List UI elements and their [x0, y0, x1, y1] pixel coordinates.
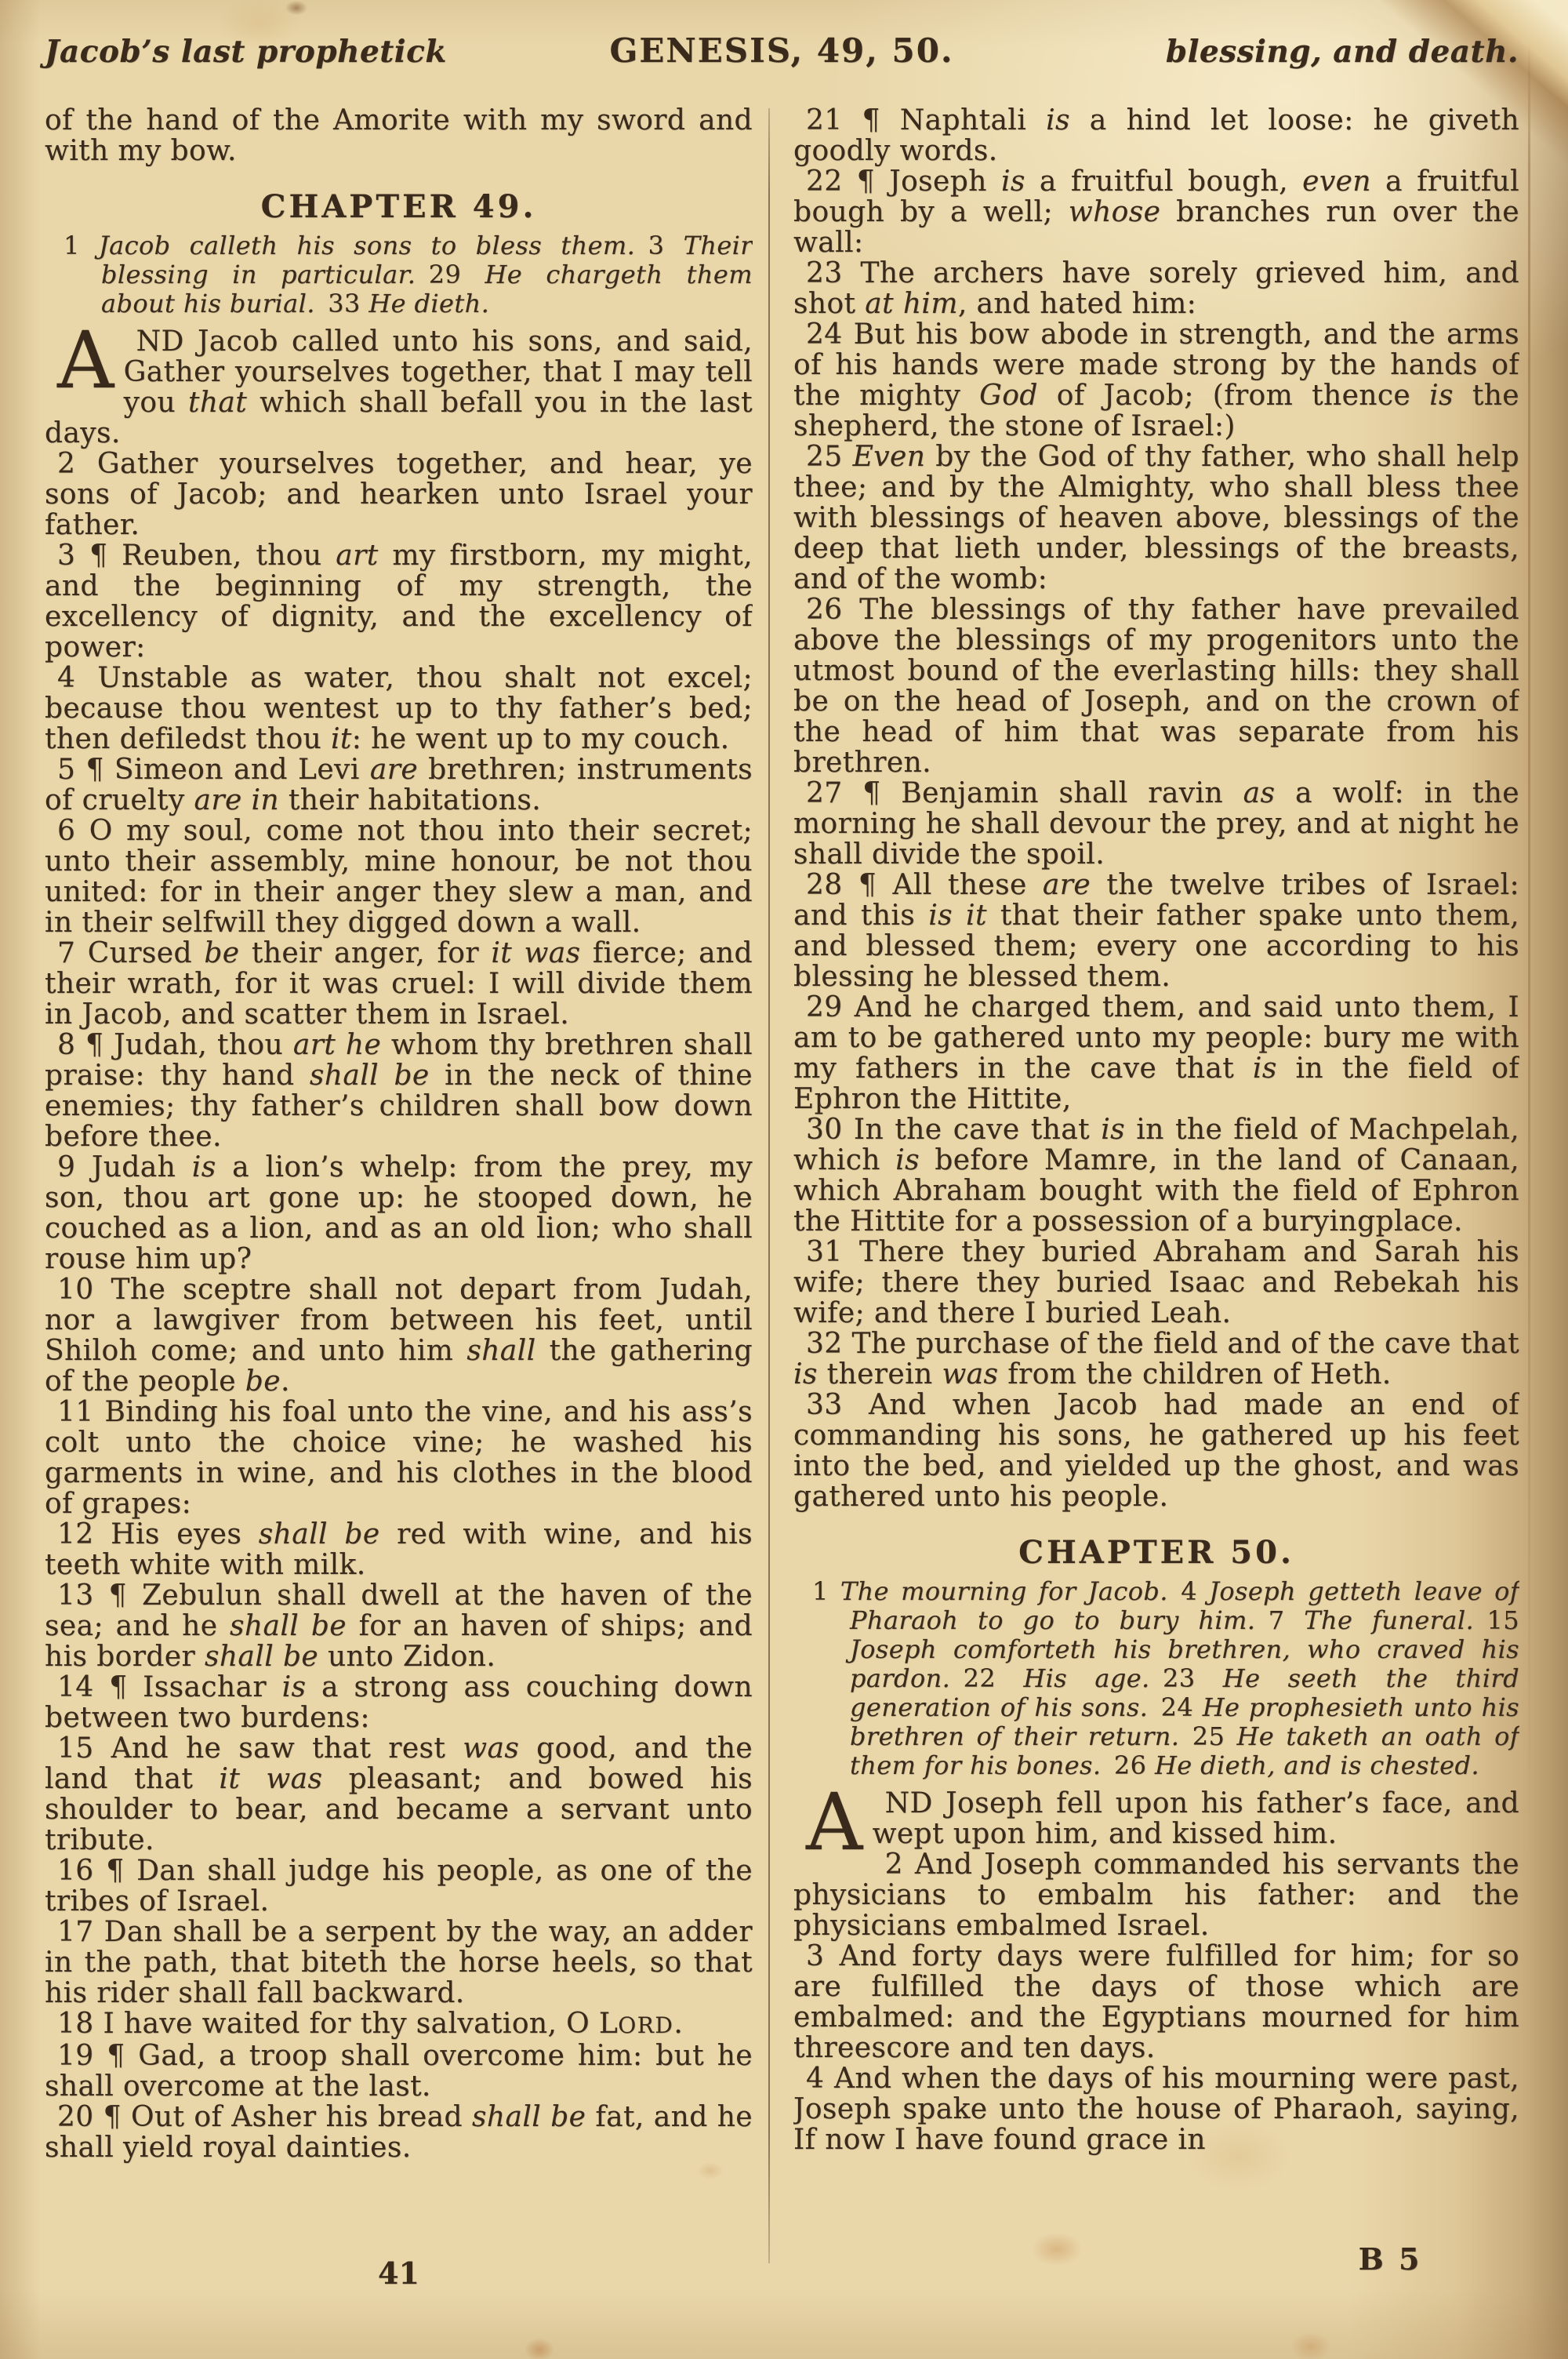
verse-number: 5: [57, 754, 75, 786]
verse-number: 18: [57, 2008, 94, 2040]
verse-49-20: 20 ¶ Out of Asher his bread shall be fat…: [45, 2102, 753, 2163]
verse-number: 2: [57, 448, 75, 480]
verse-49-4: 4 Unstable as water, thou shalt not exce…: [45, 663, 753, 754]
verse-49-32: 32 The purchase of the field and of the …: [793, 1329, 1519, 1390]
verse-49-24: 24 But his bow abode in strength, and th…: [793, 319, 1519, 442]
verse-number: 10: [57, 1274, 94, 1306]
verse-number: 3: [806, 1940, 824, 1972]
bible-page: Jacob’s last prophetick GENESIS, 49, 50.…: [0, 0, 1568, 2359]
pilcrow-mark: ¶: [106, 1855, 124, 1887]
verse-49-30: 30 In the cave that is in the field of M…: [793, 1114, 1519, 1237]
verse-number: 28: [806, 869, 843, 901]
pilcrow-mark: ¶: [85, 754, 103, 786]
page-edge-line: [1528, 39, 1530, 1859]
verse-number: 4: [806, 2063, 824, 2095]
pilcrow-mark: ¶: [85, 1029, 103, 1061]
verse-49-5: 5 ¶ Simeon and Levi are brethren; instru…: [45, 754, 753, 816]
verse-49-23: 23 The archers have sorely grieved him, …: [793, 258, 1519, 319]
verse-number: 16: [57, 1855, 94, 1887]
running-head-left: Jacob’s last prophetick: [45, 34, 609, 70]
verse-number: 23: [806, 257, 843, 289]
verse-50-2: 2 And Joseph commanded his servants the …: [793, 1849, 1519, 1941]
verse-number: 4: [57, 662, 75, 694]
verse-number: 12: [57, 1518, 94, 1550]
drop-cap: A: [45, 326, 124, 391]
verse-number: 17: [57, 1916, 94, 1948]
verse-number: 14: [57, 1671, 94, 1703]
verse-49-2: 2 Gather yourselves together, and hear, …: [45, 449, 753, 540]
verse-49-17: 17 Dan shall be a serpent by the way, an…: [45, 1917, 753, 2008]
verse-49-29: 29 And he charged them, and said unto th…: [793, 992, 1519, 1114]
verse-number: 31: [806, 1236, 843, 1268]
verse-49-6: 6 O my soul, come not thou into their se…: [45, 816, 753, 938]
verse-49-26: 26 The blessings of thy father have prev…: [793, 594, 1519, 778]
verse-number: 30: [806, 1114, 843, 1146]
verse-49-1: AND Jacob called unto his sons, and said…: [45, 326, 753, 449]
verse-49-12: 12 His eyes shall be red with wine, and …: [45, 1519, 753, 1580]
verse-number: 21: [806, 105, 843, 136]
pilcrow-mark: ¶: [109, 1671, 127, 1703]
pilcrow-mark: ¶: [109, 1579, 127, 1612]
verse-50-4: 4 And when the days of his mourning were…: [793, 2063, 1519, 2155]
running-head-title: GENESIS, 49, 50.: [609, 31, 953, 70]
pilcrow-mark: ¶: [857, 165, 875, 198]
verse-number: 2: [885, 1848, 903, 1881]
text-column-right: 21 ¶ Naphtali is a hind let loose: he gi…: [793, 105, 1519, 2274]
verse-50-3: 3 And forty days were fulfilled for him;…: [793, 1941, 1519, 2063]
verse-49-14: 14 ¶ Issachar is a strong ass couching d…: [45, 1672, 753, 1733]
text-column-left: of the hand of the Amorite with my sword…: [45, 105, 753, 2274]
verse-number: 11: [57, 1396, 94, 1428]
column-divider-rule: [768, 108, 770, 2263]
pilcrow-mark: ¶: [858, 869, 877, 901]
verse-49-15: 15 And he saw that rest was good, and th…: [45, 1733, 753, 1856]
pilcrow-mark: ¶: [89, 540, 107, 572]
verse-number: 6: [57, 815, 75, 847]
verse-50-1: AND Joseph fell upon his father’s face, …: [793, 1788, 1519, 1849]
verse-number: 26: [806, 594, 843, 626]
pilcrow-mark: ¶: [862, 105, 880, 136]
verse-49-7: 7 Cursed be their anger, for it was fier…: [45, 938, 753, 1030]
verse-49-31: 31 There they buried Abraham and Sarah h…: [793, 1237, 1519, 1329]
chapter-49-heading: CHAPTER 49.: [45, 191, 753, 222]
chapter-50-argument: 1 The mourning for Jacob. 4 Joseph gette…: [793, 1577, 1519, 1780]
verse-49-27: 27 ¶ Benjamin shall ravin as a wolf: in …: [793, 778, 1519, 870]
verse-number: 33: [806, 1389, 843, 1421]
verse-49-10: 10 The sceptre shall not depart from Jud…: [45, 1274, 753, 1397]
drop-cap: A: [793, 1788, 873, 1853]
page-number: 41: [45, 2255, 753, 2291]
running-head-right: blessing, and death.: [954, 34, 1519, 70]
pilcrow-mark: ¶: [862, 777, 880, 809]
continued-verse-text: of the hand of the Amorite with my sword…: [45, 105, 753, 166]
verse-49-13: 13 ¶ Zebulun shall dwell at the haven of…: [45, 1580, 753, 1672]
verse-number: 13: [57, 1579, 94, 1612]
verse-49-19: 19 ¶ Gad, a troop shall overcome him: bu…: [45, 2041, 753, 2102]
verse-49-9: 9 Judah is a lion’s whelp: from the prey…: [45, 1152, 753, 1274]
verse-number: 20: [57, 2101, 94, 2133]
verse-49-28: 28 ¶ All these are the twelve tribes of …: [793, 870, 1519, 992]
verse-number: 7: [57, 937, 75, 969]
verse-number: 29: [806, 991, 843, 1023]
verse-number: 9: [57, 1151, 75, 1183]
verse-49-25: 25 Even by the God of thy father, who sh…: [793, 442, 1519, 594]
verse-number: 3: [57, 540, 75, 572]
chapter-49-argument: 1 Jacob calleth his sons to bless them. …: [45, 231, 753, 318]
verse-number: 25: [806, 441, 843, 473]
pilcrow-mark: ¶: [107, 2040, 125, 2072]
verse-49-22: 22 ¶ Joseph is a fruitful bough, even a …: [793, 166, 1519, 258]
verse-49-33: 33 And when Jacob had made an end of com…: [793, 1390, 1519, 1512]
verse-49-21: 21 ¶ Naphtali is a hind let loose: he gi…: [793, 105, 1519, 166]
chapter-50-heading: CHAPTER 50.: [793, 1537, 1519, 1568]
verse-49-16: 16 ¶ Dan shall judge his people, as one …: [45, 1856, 753, 1917]
verse-number: 22: [806, 165, 843, 198]
verse-number: 24: [806, 318, 843, 351]
verse-number: 8: [57, 1029, 75, 1061]
verse-49-11: 11 Binding his foal unto the vine, and h…: [45, 1397, 753, 1519]
verse-49-18: 18 I have waited for thy salvation, O LO…: [45, 2008, 753, 2041]
verse-number: 27: [806, 777, 843, 809]
pilcrow-mark: ¶: [103, 2101, 122, 2133]
verse-number: 19: [57, 2040, 94, 2072]
running-head: Jacob’s last prophetick GENESIS, 49, 50.…: [45, 31, 1519, 70]
signature-mark: B 5: [1323, 2241, 1457, 2277]
verse-number: 32: [806, 1328, 843, 1360]
verse-49-8: 8 ¶ Judah, thou art he whom thy brethren…: [45, 1030, 753, 1152]
verse-49-3: 3 ¶ Reuben, thou art my firstborn, my mi…: [45, 540, 753, 663]
verse-number: 15: [57, 1732, 94, 1765]
